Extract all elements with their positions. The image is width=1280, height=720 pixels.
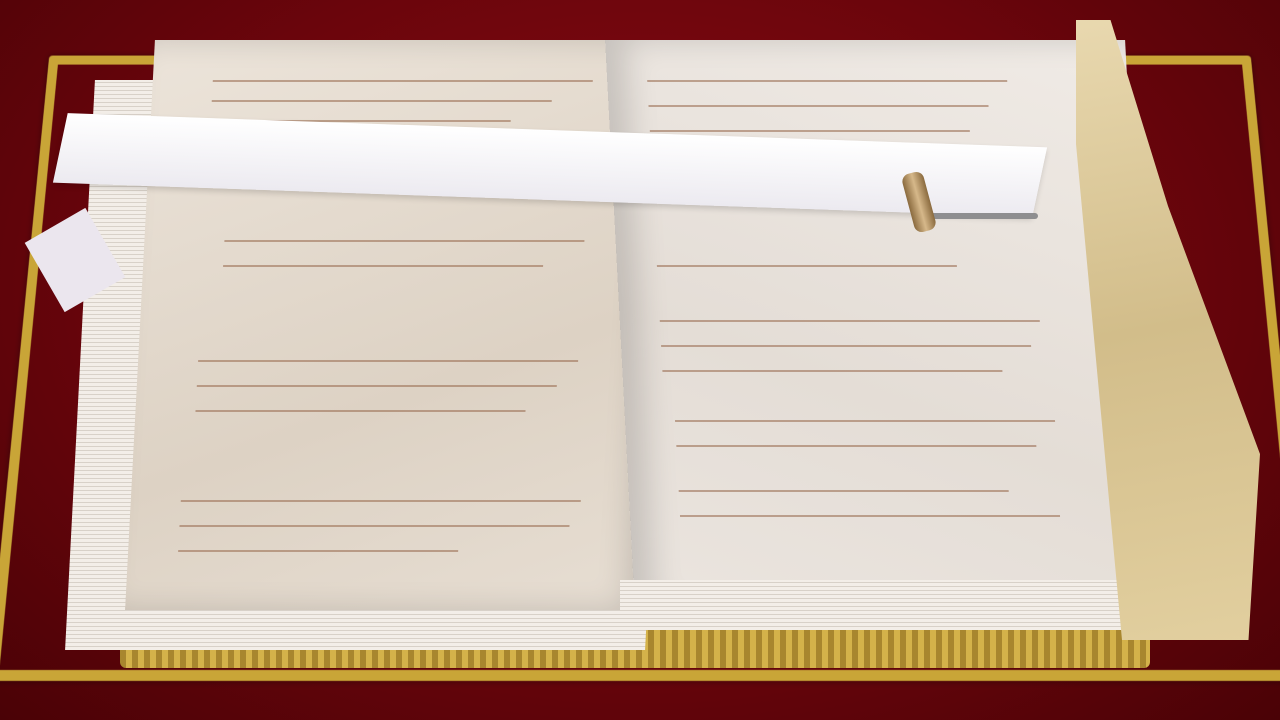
right-page-stack <box>620 580 1180 630</box>
photo-scene <box>0 0 1280 720</box>
manuscript-book <box>40 20 1220 640</box>
right-page <box>605 40 1155 610</box>
clasp-pin <box>928 213 1038 219</box>
